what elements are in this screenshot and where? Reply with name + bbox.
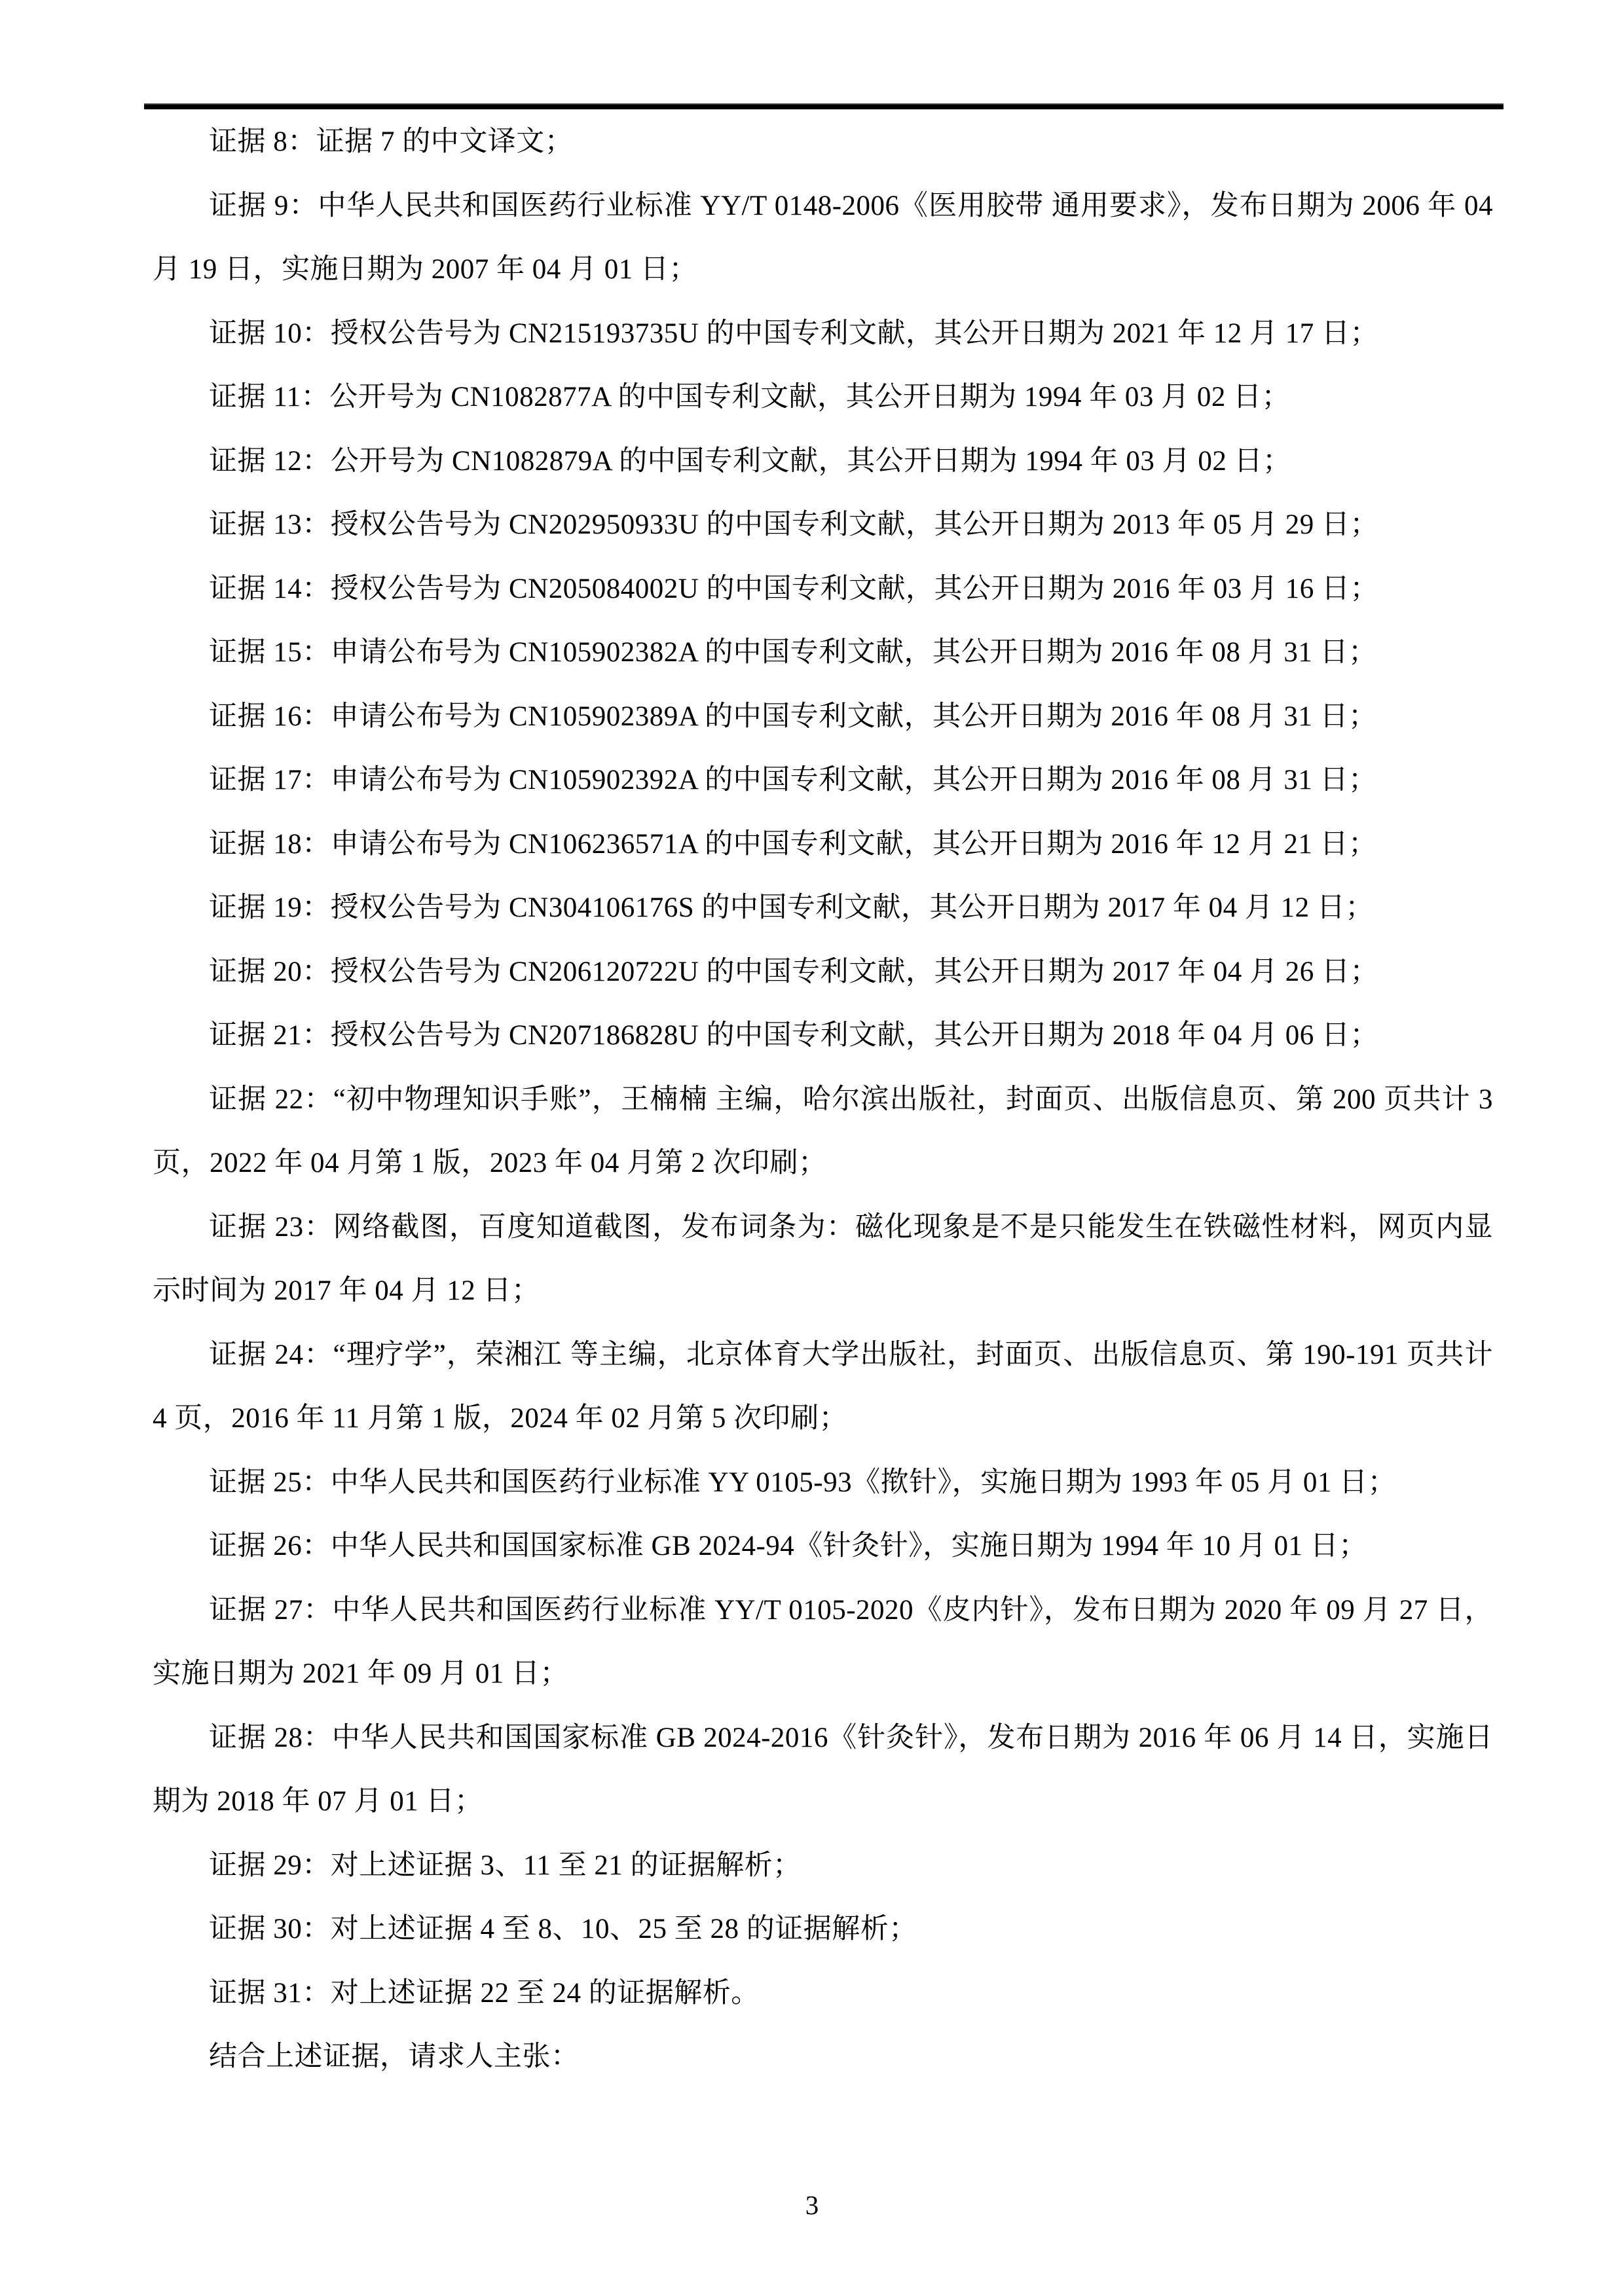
evidence-item-18: 证据 18：申请公布号为 CN106236571A 的中国专利文献，其公开日期为… xyxy=(153,812,1493,877)
evidence-item-16: 证据 16：申请公布号为 CN105902389A 的中国专利文献，其公开日期为… xyxy=(153,685,1493,749)
document-body: 证据 8：证据 7 的中文译文； 证据 9：中华人民共和国医药行业标准 YY/T… xyxy=(153,110,1493,2089)
evidence-item-12: 证据 12：公开号为 CN1082879A 的中国专利文献，其公开日期为 199… xyxy=(153,429,1493,494)
evidence-item-25: 证据 25：中华人民共和国医药行业标准 YY 0105-93《揿针》，实施日期为… xyxy=(153,1451,1493,1515)
closing-statement: 结合上述证据，请求人主张： xyxy=(153,2025,1493,2089)
page-number: 3 xyxy=(0,2192,1624,2219)
evidence-item-10: 证据 10：授权公告号为 CN215193735U 的中国专利文献，其公开日期为… xyxy=(153,302,1493,366)
evidence-item-11: 证据 11：公开号为 CN1082877A 的中国专利文献，其公开日期为 199… xyxy=(153,365,1493,429)
evidence-item-9: 证据 9：中华人民共和国医药行业标准 YY/T 0148-2006《医用胶带 通… xyxy=(153,174,1493,302)
evidence-item-19: 证据 19：授权公告号为 CN304106176S 的中国专利文献，其公开日期为… xyxy=(153,876,1493,940)
evidence-item-20: 证据 20：授权公告号为 CN206120722U 的中国专利文献，其公开日期为… xyxy=(153,940,1493,1004)
document-page: 证据 8：证据 7 的中文译文； 证据 9：中华人民共和国医药行业标准 YY/T… xyxy=(0,0,1624,2296)
evidence-item-17: 证据 17：申请公布号为 CN105902392A 的中国专利文献，其公开日期为… xyxy=(153,748,1493,812)
header-rule xyxy=(144,103,1504,109)
evidence-item-8: 证据 8：证据 7 的中文译文； xyxy=(153,110,1493,174)
evidence-item-27: 证据 27：中华人民共和国医药行业标准 YY/T 0105-2020《皮内针》，… xyxy=(153,1578,1493,1706)
evidence-item-26: 证据 26：中华人民共和国国家标准 GB 2024-94《针灸针》，实施日期为 … xyxy=(153,1514,1493,1578)
evidence-item-15: 证据 15：申请公布号为 CN105902382A 的中国专利文献，其公开日期为… xyxy=(153,621,1493,685)
evidence-item-31: 证据 31：对上述证据 22 至 24 的证据解析。 xyxy=(153,1961,1493,2026)
evidence-item-13: 证据 13：授权公告号为 CN202950933U 的中国专利文献，其公开日期为… xyxy=(153,493,1493,557)
evidence-item-14: 证据 14：授权公告号为 CN205084002U 的中国专利文献，其公开日期为… xyxy=(153,557,1493,621)
evidence-item-29: 证据 29：对上述证据 3、11 至 21 的证据解析； xyxy=(153,1834,1493,1898)
evidence-item-23: 证据 23：网络截图，百度知道截图，发布词条为：磁化现象是不是只能发生在铁磁性材… xyxy=(153,1195,1493,1323)
evidence-item-21: 证据 21：授权公告号为 CN207186828U 的中国专利文献，其公开日期为… xyxy=(153,1004,1493,1068)
evidence-item-30: 证据 30：对上述证据 4 至 8、10、25 至 28 的证据解析； xyxy=(153,1897,1493,1961)
evidence-item-28: 证据 28：中华人民共和国国家标准 GB 2024-2016《针灸针》，发布日期… xyxy=(153,1706,1493,1834)
evidence-item-24: 证据 24：“理疗学”，荣湘江 等主编，北京体育大学出版社，封面页、出版信息页、… xyxy=(153,1323,1493,1451)
evidence-item-22: 证据 22：“初中物理知识手账”，王楠楠 主编，哈尔滨出版社，封面页、出版信息页… xyxy=(153,1068,1493,1195)
